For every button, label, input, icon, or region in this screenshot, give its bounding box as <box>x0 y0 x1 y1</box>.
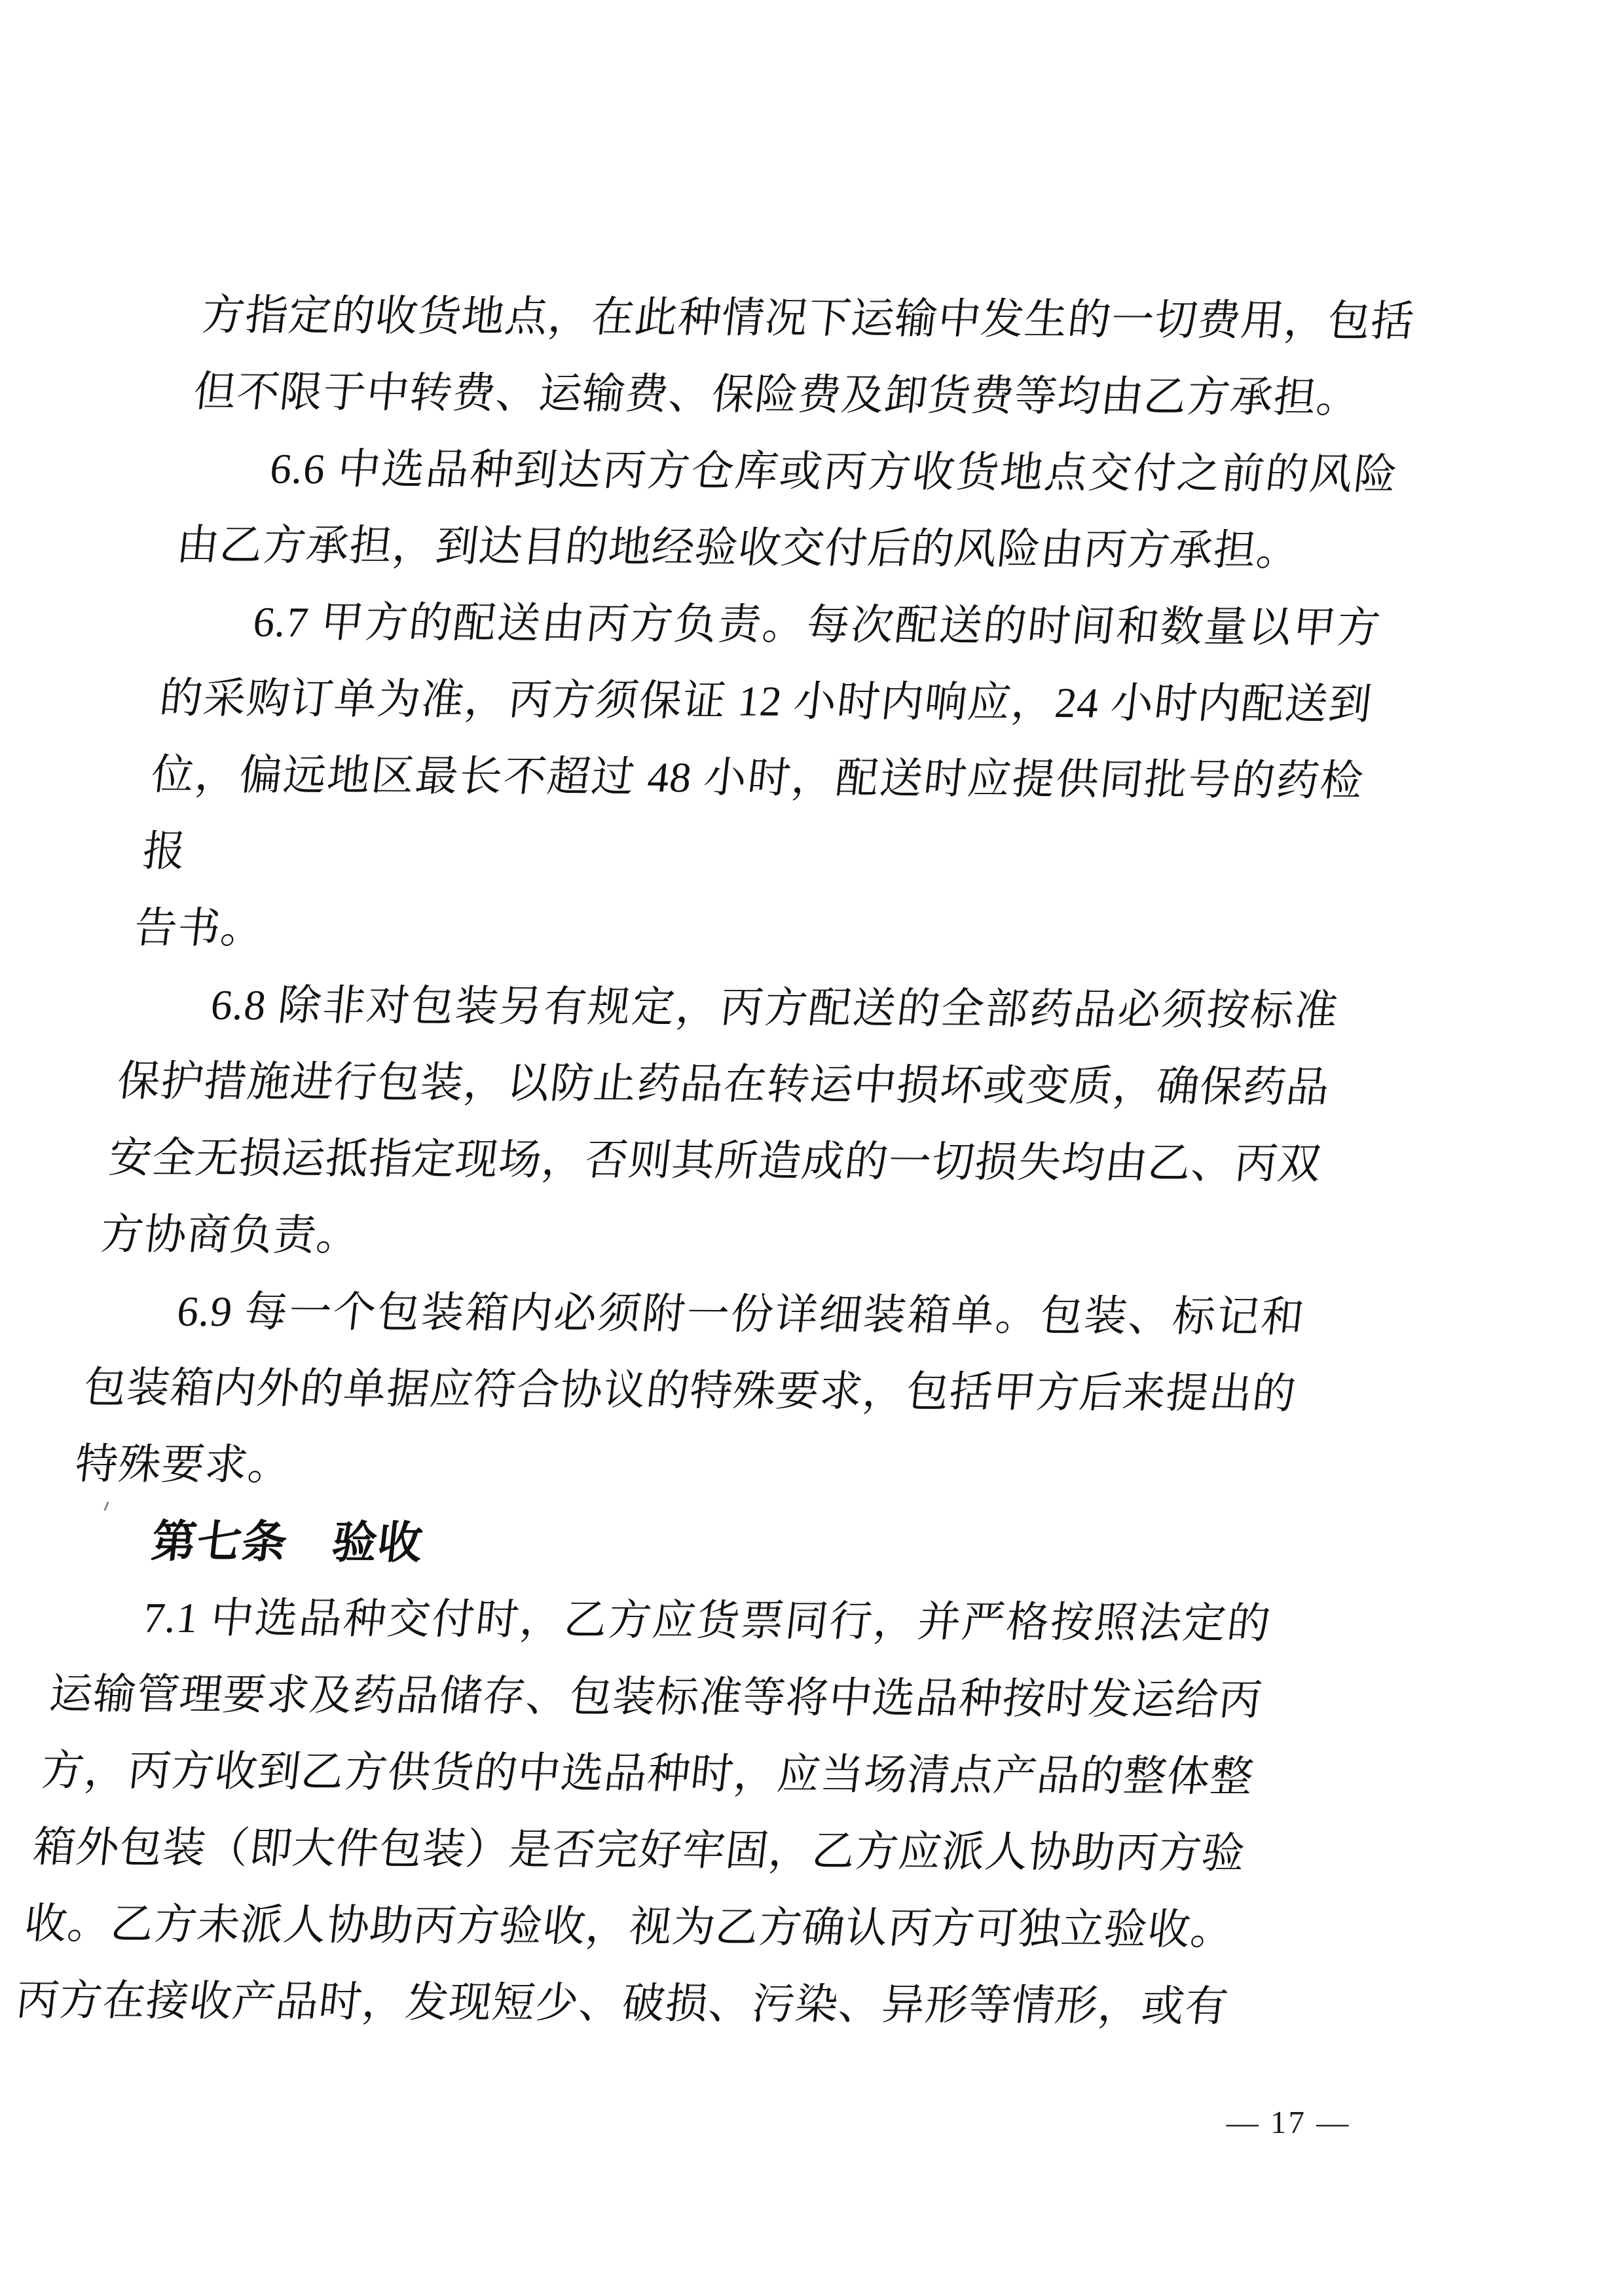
contract-line: 6.7 甲方的配送由丙方负责。每次配送的时间和数量以甲方 <box>164 584 1384 667</box>
contract-line: 但不限于中转费、运输费、保险费及卸货费等均由乙方承担。 <box>189 354 1410 437</box>
contract-line: 方指定的收货地点，在此种情况下运输中发生的一切费用，包括 <box>198 278 1418 361</box>
contract-line: 收。乙方未派人协助丙方验收，视为乙方确认丙方可独立验收。 <box>20 1886 1241 1969</box>
contract-line: 6.6 中选品种到达丙方仓库或丙方收货地点交付之前的风险 <box>181 431 1401 514</box>
contract-line: 7.1 中选品种交付时，乙方应货票同行，并严格按照法定的 <box>54 1580 1275 1663</box>
contract-line: 包装箱内外的单据应符合协议的特殊要求，包括甲方后来提出的 <box>79 1350 1300 1433</box>
contract-line: 位，偏远地区最长不超过 48 小时，配送时应提供同批号的药检报 <box>139 737 1368 897</box>
contract-line: 6.8 除非对包装另有规定，丙方配送的全部药品必须按标准 <box>122 967 1342 1050</box>
contract-line: 箱外包装（即大件包装）是否完好牢固，乙方应派人协助丙方验 <box>29 1810 1249 1893</box>
contract-line: 方，丙方收到乙方供货的中选品种时，应当场清点产品的整体整 <box>37 1733 1258 1816</box>
section-heading: 第七条 验收 <box>63 1503 1283 1586</box>
contract-line: 6.9 每一个包装箱内必须附一份详细装箱单。包装、标记和 <box>88 1273 1308 1357</box>
contract-line: 运输管理要求及药品储存、包装标准等将中选品种按时发运给丙 <box>46 1656 1266 1740</box>
contract-line: 方协商负责。 <box>96 1197 1317 1280</box>
contract-line: 安全无损运抵指定现场，否则其所造成的一切损失均由乙、丙双 <box>105 1120 1325 1203</box>
contract-page: 方指定的收货地点，在此种情况下运输中发生的一切费用，包括 但不限于中转费、运输费… <box>0 0 1624 2296</box>
contract-line: 保护措施进行包装，以防止药品在转运中损坏或变质，确保药品 <box>113 1044 1334 1127</box>
contract-line: 告书。 <box>130 890 1351 974</box>
contract-line: 的采购订单为准，丙方须保证 12 小时内响应，24 小时内配送到 <box>156 661 1376 744</box>
page-number: — 17 — <box>1215 2103 1362 2142</box>
contract-text-block: 方指定的收货地点，在此种情况下运输中发生的一切费用，包括 但不限于中转费、运输费… <box>12 278 1418 2046</box>
contract-line: 特殊要求。 <box>71 1427 1291 1510</box>
contract-line: 丙方在接收产品时，发现短少、破损、污染、异形等情形，或有 <box>12 1963 1232 2046</box>
contract-line: 由乙方承担，到达目的地经验收交付后的风险由丙方承担。 <box>172 507 1393 591</box>
